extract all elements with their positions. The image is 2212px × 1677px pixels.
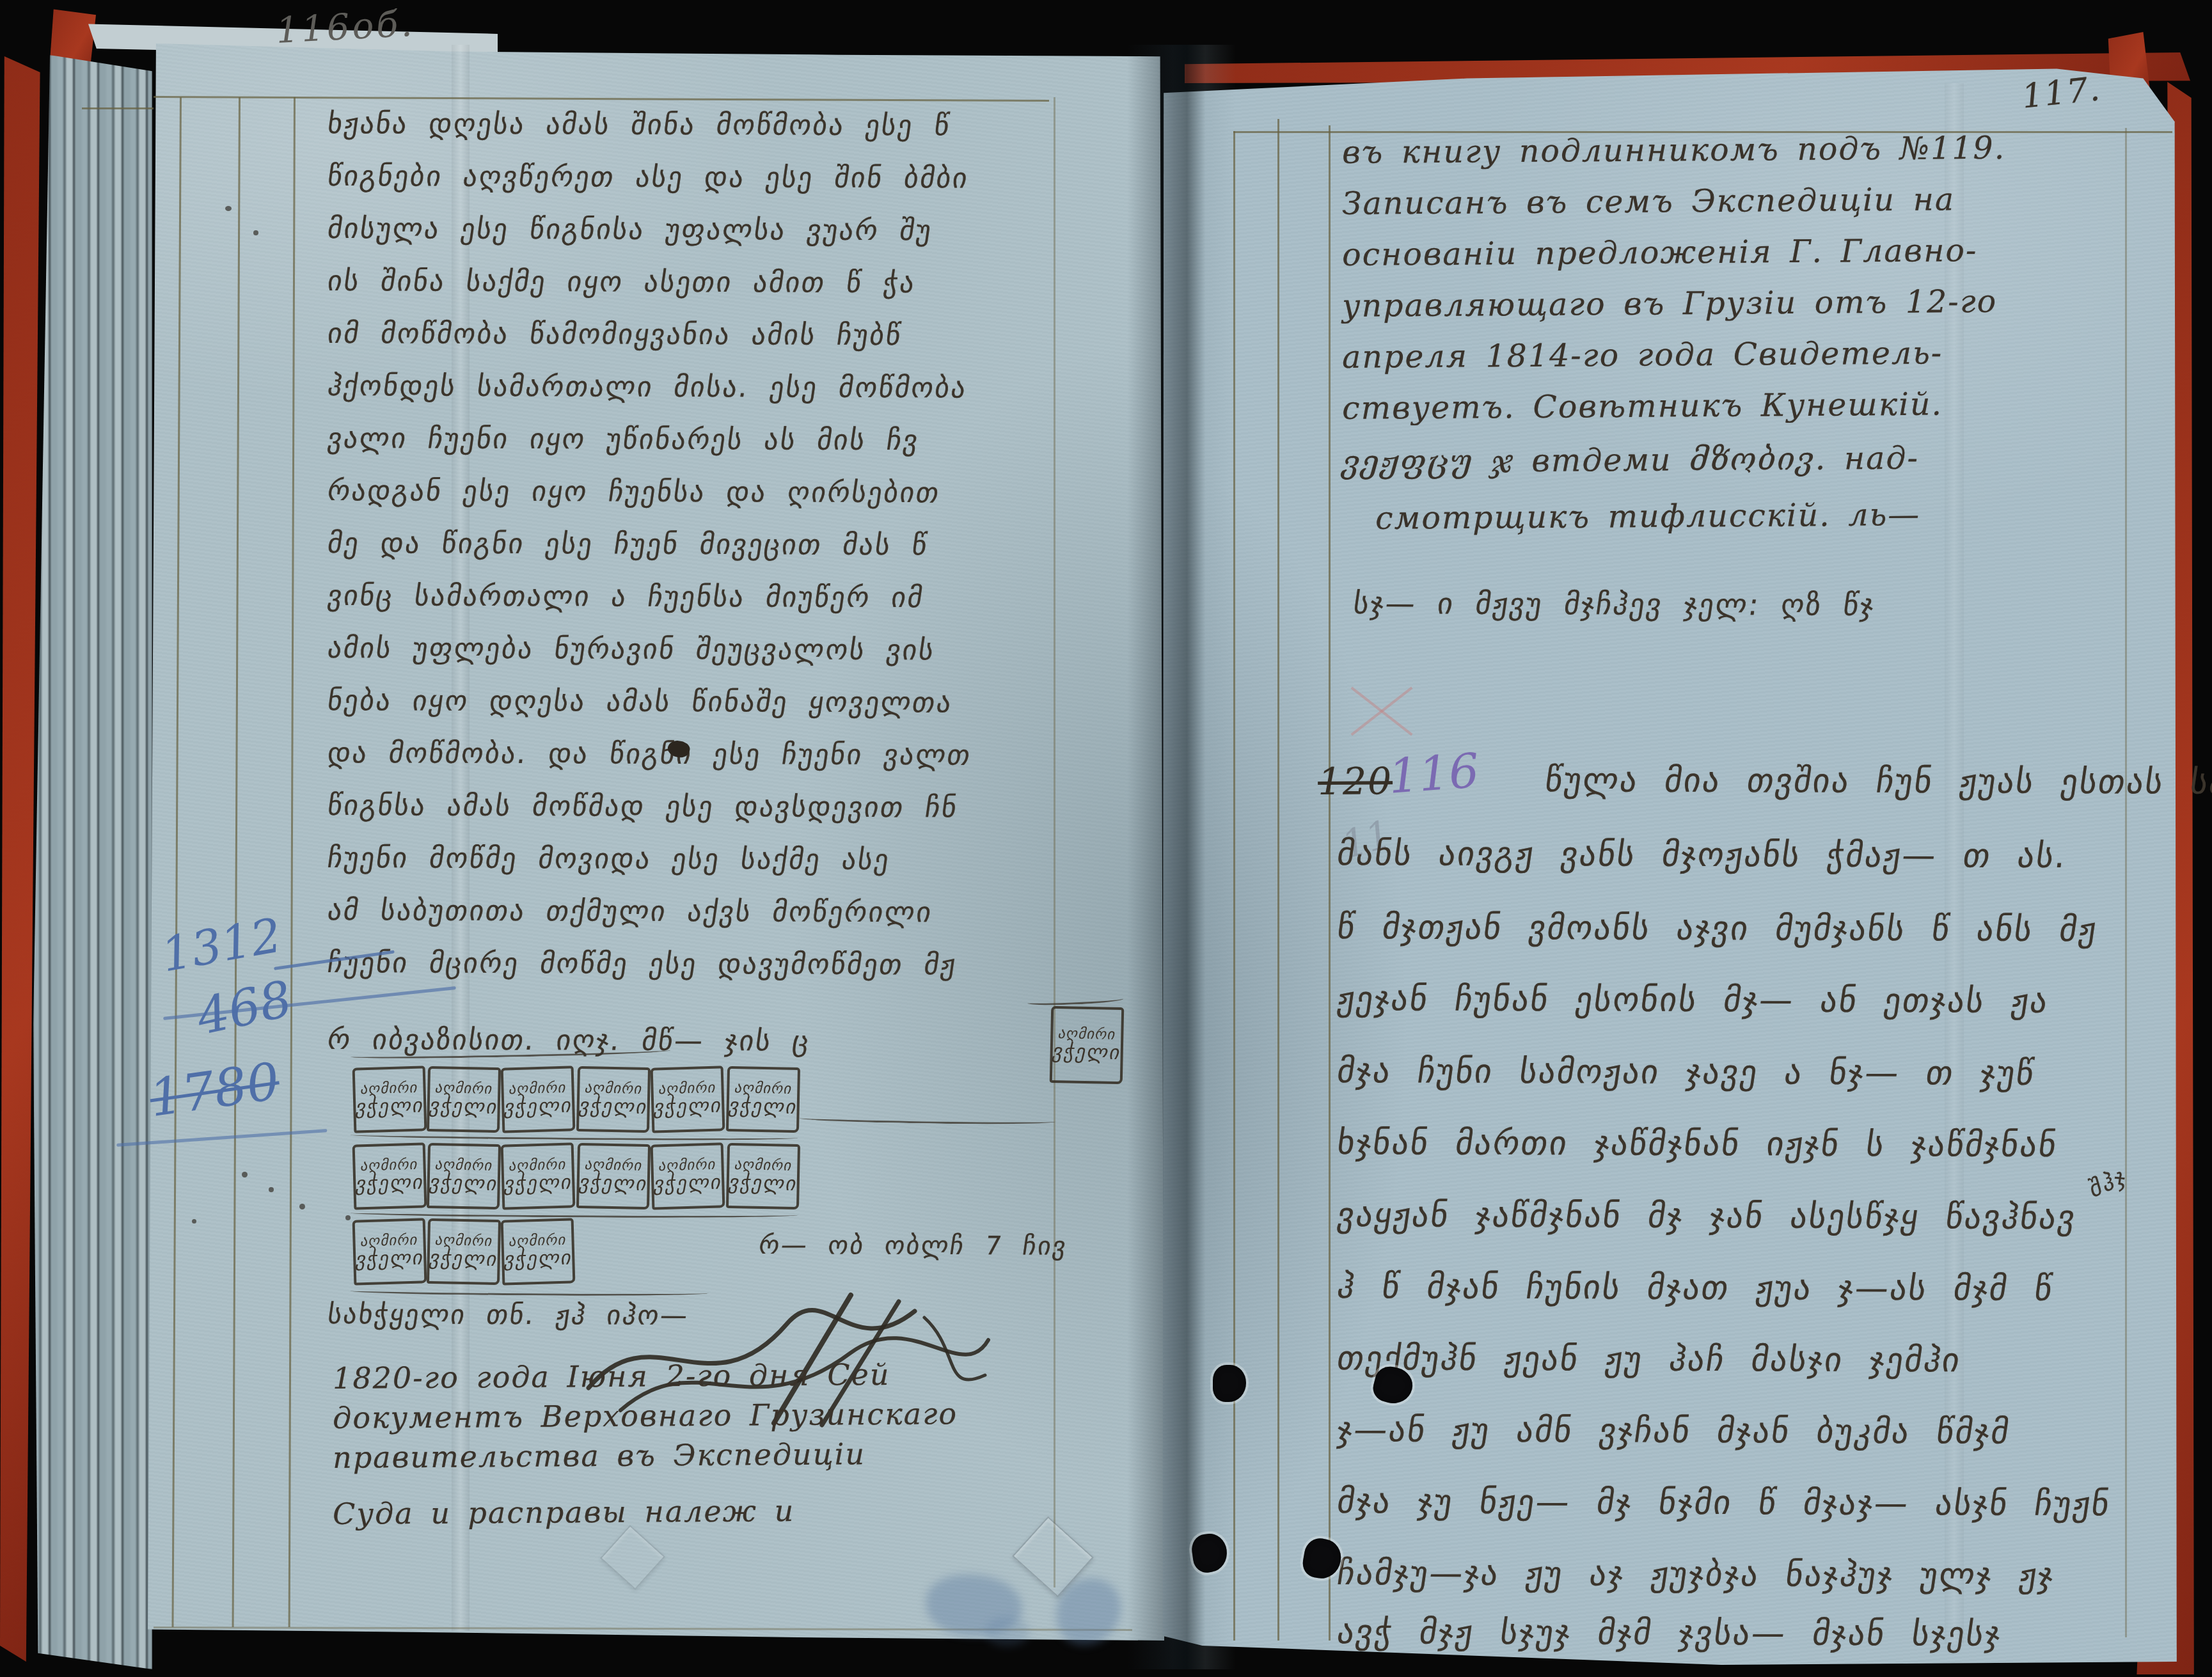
ruling-right-v3 <box>1329 125 1331 1641</box>
georgian-line: ჰქონდეს სამართალი მისა. ესე მოწმობა <box>326 370 970 404</box>
stamp-box: აღმირივჭელი <box>352 1142 427 1209</box>
georgian-line: ჰ წ მჯან ჩუნის მჯათ ჟუა ჯ—ას მჯმ წ <box>1334 1268 2056 1309</box>
revised-page-number: 116 <box>1387 743 1481 805</box>
stamp-box: აღმირივჭელი <box>352 1218 427 1285</box>
russian-line: въ книгу подлинникомъ подъ №119. <box>1342 130 2005 171</box>
georgian-line: ვაყჟან ჯაწმჯნან მჯ ჯან ასესწჯყ წავჰნავ <box>1334 1196 2079 1237</box>
georgian-line: ამის უფლება ნურავინ შეუცვალოს ვის <box>326 632 938 666</box>
stamp-box: აღმირივჭელი <box>501 1142 576 1209</box>
georgian-line: მჯა ჯუ ნჟე— მჯ ნჯმი წ მჯაჯ— ასჯნ ჩუჟნ <box>1334 1483 2113 1523</box>
stamp-box: აღმირივჭელი <box>576 1066 651 1133</box>
georgian-line: და მოწმობა. და წიგნი ესე ჩუენი ვალთ <box>326 737 974 772</box>
russian-note-line: документъ Верховнаго Грузинскаго <box>333 1396 958 1435</box>
pencil-speck <box>345 1215 351 1220</box>
georgian-line: მისულა ესე წიგნისა უფალსა ვუარ შუ <box>326 212 935 247</box>
note-after-grid: რ— ობ ობლჩ 7 ჩივ <box>757 1231 1069 1261</box>
russian-line: основанiи предложенiя Г. Главно- <box>1342 232 1978 273</box>
page-stack-edges <box>33 55 152 1669</box>
georgian-line: ის შინა საქმე იყო ასეთი ამით წ ჭა <box>326 265 918 299</box>
stamp-box: აღმირივჭელი <box>427 1066 501 1133</box>
russian-note-line: 1820-го года Іюня 2-го дня Сей <box>333 1357 890 1396</box>
stamp-box: აღმირივჭელი <box>1050 1006 1124 1084</box>
georgian-line: ჟეჯან ჩუნან ესონის მჯ— ან ეთჯას ჟა <box>1334 980 2051 1021</box>
stamp-box: აღმირივჭელი <box>427 1218 501 1285</box>
georgian-line: წულა მია თვშია ჩუნ ჟუას ესთას სა— წ <box>1542 761 2212 802</box>
georgian-line: რადგან ესე იყო ჩუენსა და ღირსებით <box>326 475 943 509</box>
stamp-box: აღმირივჭელი <box>352 1066 427 1133</box>
manuscript-book-scan: 116об. 117. ხჟანა დღესა ამას შინა მოწმობ… <box>0 0 2212 1677</box>
russian-line: Записанъ въ семъ Экспедицiи на <box>1342 181 1955 222</box>
stamp-box: აღმირივჭელი <box>726 1143 800 1209</box>
georgian-line: წ მჯთჟან ვმოანს აჯვი მუმჯანს წ ანს მჟ <box>1334 908 2100 949</box>
ruling-right-v2 <box>1277 119 1279 1641</box>
russian-line: управляющаго въ Грузiи отъ 12-го <box>1342 283 1997 324</box>
folio-number-recto: 117. <box>2020 70 2103 116</box>
russian-line: смотрщикъ тифлисскiй. ль— <box>1375 496 1920 537</box>
georgian-line: ჩუენი მოწმე მოვიდა ესე საქმე ასე <box>326 842 892 876</box>
georgian-line: ნება იყო დღესა ამას წინაშე ყოველთა <box>326 684 955 719</box>
georgian-line: წიგნსა ამას მოწმად ესე დავსდევით ჩნ <box>326 789 960 824</box>
stamp-box: აღმირივჭელი <box>501 1218 576 1285</box>
georgian-line: წიგნები აღვწერეთ ასე და ესე შინ ბმბი <box>326 160 972 194</box>
ink-stain <box>985 1617 1030 1646</box>
folio-number-verso: 116об. <box>275 3 416 52</box>
ruling-right-margin <box>2125 128 2127 1637</box>
pencil-speck <box>299 1204 305 1209</box>
russian-line: ствуетъ. Совѣтникъ Кунешкiй. <box>1342 386 1943 427</box>
stamp-box: აღმირივჭელი <box>501 1066 576 1133</box>
georgian-line: ჩუენი მცირე მოწმე ესე დავუმოწმეთ მჟ <box>326 947 960 981</box>
georgian-line: თექმუჰნ ჟეან ჟუ ჰაჩ მასჯი ჯემჰი <box>1334 1339 1964 1380</box>
ruling-left-stub <box>82 107 154 109</box>
georgian-line: მანს აივგჟ ვანს მჯოჟანს ჭმაჟ— თ ას. <box>1334 835 2070 876</box>
russian-line: апреля 1814-го года Свидетель- <box>1342 335 1943 375</box>
ruling-right-v1 <box>1233 131 1235 1641</box>
pencil-speck <box>269 1187 274 1192</box>
georgian-line: სჯ— ი მჟვუ მჯჩჰევ ჯელ: ღზ წჯ <box>1351 586 1877 622</box>
stamp-box: აღმირივჭელი <box>651 1066 725 1133</box>
russian-georgian-line: ვეჟფცუ ჯ втдеми მზობივ. над- <box>1342 440 1919 480</box>
binding-gutter-shadow <box>1127 45 1236 1669</box>
georgian-line: ვალი ჩუენი იყო უწინარეს ას მის ჩვ <box>326 422 922 457</box>
georgian-line: ხჯნან მართი ჯაწმჯნან იჟჯნ ს ჯაწმჯნან <box>1334 1124 2060 1165</box>
pencil-speck <box>242 1172 248 1177</box>
georgian-line: ჯ—ან ჟუ ამნ ვჯჩან მჯან ბუკმა წმჯმ <box>1334 1411 2012 1452</box>
pencil-speck <box>192 1219 196 1224</box>
stamp-box: აღმირივჭელი <box>651 1142 725 1209</box>
stamp-box: აღმირივჭელი <box>576 1143 651 1209</box>
georgian-line: იმ მოწმობა წამომიყვანია ამის ჩუბწ <box>326 317 905 352</box>
georgian-line: ხჟანა დღესა ამას შინა მოწმობა ესე წ <box>326 107 953 142</box>
georgian-line: მე და წიგნი ესე ჩუენ მივეცით მას წ <box>326 527 931 562</box>
ruling-left-right-margin <box>1054 97 1055 1587</box>
georgian-line: ავჭ მჯჟ სჯუჯ მჯმ ჯვსა— მჯან სჯესჯ <box>1334 1613 2004 1654</box>
georgian-line: ვინც სამართალი ა ჩუენსა მიუწერ იმ <box>326 579 926 614</box>
ink-speck <box>253 230 258 235</box>
georgian-line: ჩამჯუ—ჯა ჟუ აჯ ჟუჯბჯა ნაჯჰუჯ ულჯ ჟჯ <box>1334 1554 2057 1595</box>
crossed-out-number: 120 <box>1318 759 1393 803</box>
stamp-box: აღმირივჭელი <box>726 1066 800 1133</box>
georgian-line: ამ საბუთითა თქმული აქვს მოწერილი <box>326 894 935 929</box>
ink-speck <box>225 206 232 211</box>
georgian-line: მჯა ჩუნი სამოჟაი ჯავე ა ნჯ— თ ჯუწ <box>1334 1052 2037 1093</box>
stamp-box: აღმირივჭელი <box>427 1143 501 1209</box>
russian-note-line: Суда и расправы належ и <box>333 1493 794 1531</box>
russian-note-line: правительства въ Экспедицiи <box>333 1437 865 1475</box>
